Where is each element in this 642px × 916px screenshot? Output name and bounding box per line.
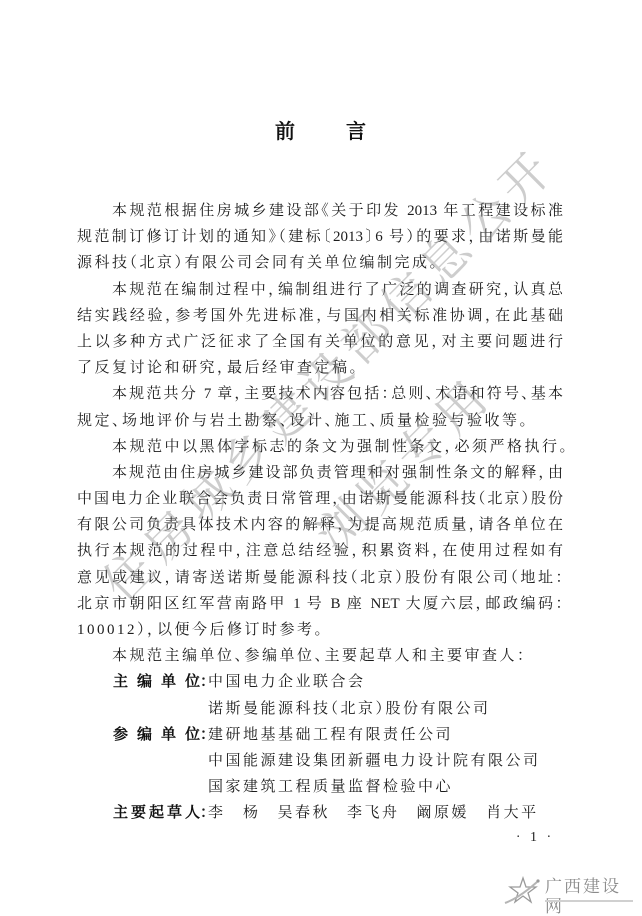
label-colon: ： [200, 669, 208, 695]
star-swoosh-icon [503, 876, 541, 906]
participants-label: 参编单位 [113, 722, 200, 748]
text-line: 规范制订修订计划的通知》（建标〔2013〕6 号）的要求，由诺斯曼能 [77, 224, 563, 250]
text-line: 执行本规范的过程中，注意总结经验，积累资料，在使用过程如有 [77, 538, 563, 564]
text-line: 本规范中以黑体字标志的条文为强制性条文，必须严格执行。 [77, 434, 563, 460]
text-line: 有限公司负责具体技术内容的解释，为提高规范质量，请各单位在 [77, 512, 563, 538]
paragraph-2: 本规范在编制过程中，编制组进行了广泛的调查研究，认真总 结实践经验，参考国外先进… [77, 277, 563, 382]
participant-value: 中国能源建设集团新疆电力设计院有限公司 [208, 748, 541, 774]
drafters-row: 主要起草人 ： 李 杨 吴春秋 李飞舟 阚原媛 肖大平 [77, 800, 563, 826]
participants-row: 参编单位 ： 建研地基基础工程有限责任公司 [77, 722, 563, 748]
text-line: 100012），以便今后修订时参考。 [77, 617, 563, 643]
logo-text: 广西建设网 [545, 877, 639, 916]
text-line: 规定、场地评价与岩土勘察、设计、施工、质量检验与验收等。 [77, 408, 563, 434]
text-line: 中国电力企业联合会负责日常管理，由诺斯曼能源科技（北京）股份 [77, 486, 563, 512]
page-number: · 1 · [505, 829, 565, 847]
drafter-name: 吴春秋 [278, 800, 331, 826]
text-line: 北京市朝阳区红军营南路甲 1 号 B 座 NET 大厦六层，邮政编码： [77, 591, 563, 617]
chief-editor-row: 主编单位 ： 中国电力企业联合会 [77, 669, 563, 695]
paragraph-6: 本规范主编单位、参编单位、主要起草人和主要审查人： [77, 643, 563, 669]
label-colon: ： [200, 722, 208, 748]
participants-row-continued: 中国能源建设集团新疆电力设计院有限公司 [77, 748, 563, 774]
preface-body: 本规范根据住房城乡建设部《关于印发 2013 年工程建设标准 规范制订修订计划的… [77, 198, 563, 827]
drafter-name: 阚原媛 [417, 800, 470, 826]
paragraph-4: 本规范中以黑体字标志的条文为强制性条文，必须严格执行。 [77, 434, 563, 460]
text-line: 结实践经验，参考国外先进标准，与国内相关标准协调，在此基础 [77, 303, 563, 329]
participant-value: 建研地基基础工程有限责任公司 [208, 722, 453, 748]
site-logo: 广西建设网 [503, 874, 639, 910]
text-line: 了反复讨论和研究，最后经审查定稿。 [77, 355, 563, 381]
paragraph-1: 本规范根据住房城乡建设部《关于印发 2013 年工程建设标准 规范制订修订计划的… [77, 198, 563, 277]
drafter-names: 李 杨 吴春秋 李飞舟 阚原媛 肖大平 [208, 800, 539, 826]
drafter-name: 李 杨 [208, 800, 261, 826]
units-list: 主编单位 ： 中国电力企业联合会 诺斯曼能源科技（北京）股份有限公司 参编单位 … [77, 669, 563, 826]
drafters-label: 主要起草人 [113, 800, 200, 826]
chief-editor-label: 主编单位 [113, 669, 200, 695]
page-title-char-1: 前 [275, 120, 295, 144]
paragraph-3: 本规范共分 7 章，主要技术内容包括：总则、术语和符号、基本 规定、场地评价与岩… [77, 381, 563, 433]
text-line: 本规范共分 7 章，主要技术内容包括：总则、术语和符号、基本 [77, 381, 563, 407]
page-title-char-2: 言 [346, 120, 366, 144]
text-line: 本规范由住房城乡建设部负责管理和对强制性条文的解释，由 [77, 460, 563, 486]
chief-editor-value: 诺斯曼能源科技（北京）股份有限公司 [208, 696, 491, 722]
drafter-name: 李飞舟 [347, 800, 400, 826]
logo-subtitle-bar [545, 900, 633, 902]
paragraph-5: 本规范由住房城乡建设部负责管理和对强制性条文的解释，由 中国电力企业联合会负责日… [77, 460, 563, 643]
chief-editor-row-continued: 诺斯曼能源科技（北京）股份有限公司 [77, 696, 563, 722]
chief-editor-value: 中国电力企业联合会 [208, 669, 366, 695]
text-line: 本规范在编制过程中，编制组进行了广泛的调查研究，认真总 [77, 277, 563, 303]
text-line: 源科技（北京）有限公司会同有关单位编制完成。 [77, 250, 563, 276]
text-line: 本规范根据住房城乡建设部《关于印发 2013 年工程建设标准 [77, 198, 563, 224]
drafter-name: 肖大平 [486, 800, 539, 826]
text-line: 本规范主编单位、参编单位、主要起草人和主要审查人： [77, 643, 563, 669]
text-line: 意见或建议，请寄送诺斯曼能源科技（北京）股份有限公司（地址： [77, 565, 563, 591]
participant-value: 国家建筑工程质量监督检验中心 [208, 774, 453, 800]
label-colon: ： [200, 800, 208, 826]
participants-row-continued: 国家建筑工程质量监督检验中心 [77, 774, 563, 800]
text-line: 上以多种方式广泛征求了全国有关单位的意见，对主要问题进行 [77, 329, 563, 355]
